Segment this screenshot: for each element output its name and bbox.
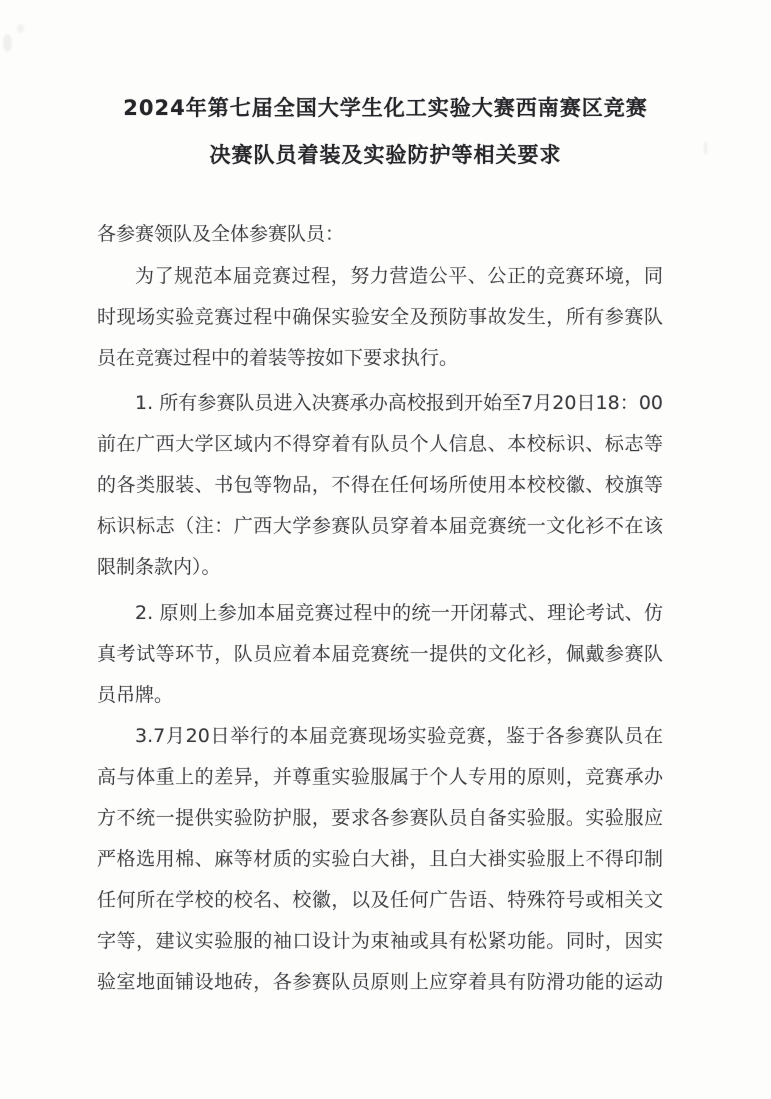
text-line: 限制条款内）。 bbox=[97, 547, 663, 588]
text-line: 前在广西大学区域内不得穿着有队员个人信息、本校标识、标志等 bbox=[97, 424, 663, 465]
text-line: 3.7月20日举行的本届竞赛现场实验竞赛，鉴于各参赛队员在身 bbox=[97, 716, 663, 757]
scan-artifact bbox=[17, 24, 24, 33]
scan-artifact bbox=[3, 34, 12, 52]
text-line: 验室地面铺设地砖，各参赛队员原则上应穿着具有防滑功能的运动 bbox=[97, 962, 663, 1003]
text-line: 高与体重上的差异，并尊重实验服属于个人专用的原则，竞赛承办 bbox=[97, 757, 663, 798]
text-line: 2. 原则上参加本届竞赛过程中的统一开闭幕式、理论考试、仿 bbox=[97, 593, 663, 634]
text-line: 员在竞赛过程中的着装等按如下要求执行。 bbox=[97, 338, 663, 379]
text-line: 真考试等环节，队员应着本届竞赛统一提供的文化衫，佩戴参赛队 bbox=[97, 634, 663, 675]
salutation-line: 各参赛领队及全体参赛队员： bbox=[97, 214, 663, 255]
paragraph-item-1: 1. 所有参赛队员进入决赛承办高校报到开始至7月20日18：00 前在广西大学区… bbox=[97, 383, 663, 588]
paragraph-item-2: 2. 原则上参加本届竞赛过程中的统一开闭幕式、理论考试、仿 真考试等环节，队员应… bbox=[97, 593, 663, 716]
document-title-line-2: 决赛队员着装及实验防护等相关要求 bbox=[0, 132, 771, 179]
text-line: 1. 所有参赛队员进入决赛承办高校报到开始至7月20日18：00 bbox=[97, 383, 663, 424]
text-line: 员吊牌。 bbox=[97, 675, 663, 716]
text-line: 时现场实验竞赛过程中确保实验安全及预防事故发生，所有参赛队 bbox=[97, 297, 663, 338]
text-line: 的各类服装、书包等物品，不得在任何场所使用本校校徽、校旗等 bbox=[97, 465, 663, 506]
text-line: 任何所在学校的校名、校徽，以及任何广告语、特殊符号或相关文 bbox=[97, 880, 663, 921]
document-title-line-1: 2024年第七届全国大学生化工实验大赛西南赛区竞赛 bbox=[0, 85, 771, 132]
text-line: 为了规范本届竞赛过程，努力营造公平、公正的竞赛环境，同 bbox=[97, 256, 663, 297]
paragraph-item-3: 3.7月20日举行的本届竞赛现场实验竞赛，鉴于各参赛队员在身 高与体重上的差异，… bbox=[97, 716, 663, 1003]
text-line: 严格选用棉、麻等材质的实验白大褂，且白大褂实验服上不得印制 bbox=[97, 839, 663, 880]
document-body: 各参赛领队及全体参赛队员： 为了规范本届竞赛过程，努力营造公平、公正的竞赛环境，… bbox=[97, 214, 663, 1003]
text-line: 字等，建议实验服的袖口设计为束袖或具有松紧功能。同时，因实 bbox=[97, 921, 663, 962]
paragraph-intro: 为了规范本届竞赛过程，努力营造公平、公正的竞赛环境，同 时现场实验竞赛过程中确保… bbox=[97, 256, 663, 379]
scanned-document-page: 2024年第七届全国大学生化工实验大赛西南赛区竞赛 决赛队员着装及实验防护等相关… bbox=[0, 0, 771, 1099]
document-title: 2024年第七届全国大学生化工实验大赛西南赛区竞赛 决赛队员着装及实验防护等相关… bbox=[0, 0, 771, 179]
text-line: 标识标志（注：广西大学参赛队员穿着本届竞赛统一文化衫不在该 bbox=[97, 506, 663, 547]
text-line: 方不统一提供实验防护服，要求各参赛队员自备实验服。实验服应 bbox=[97, 798, 663, 839]
scan-artifact bbox=[704, 142, 707, 154]
